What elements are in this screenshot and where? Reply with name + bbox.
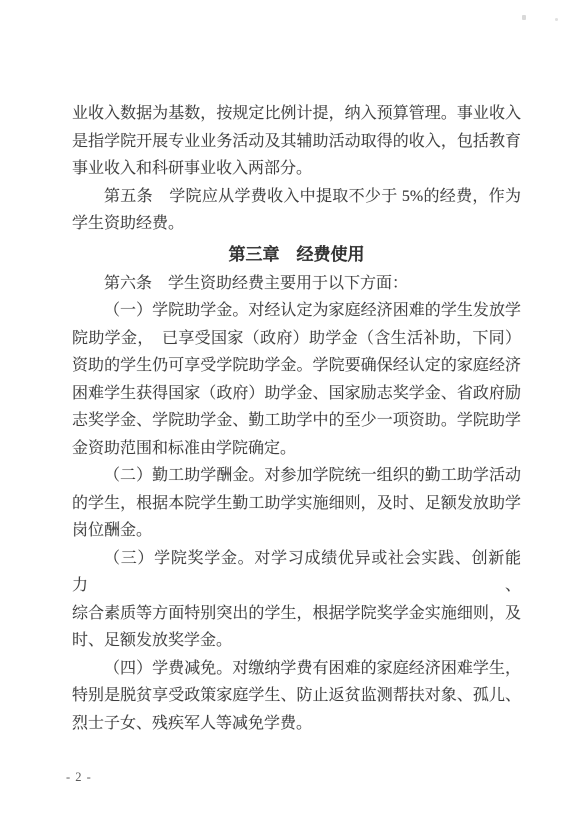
text-line: 是指学院开展专业业务活动及其辅助活动取得的收入，包括教育 [72,128,521,156]
text-line: 金资助范围和标准由学院确定。 [72,435,521,463]
text-line: （一）学院助学金。对经认定为家庭经济困难的学生发放学 [72,297,521,325]
text-line: 综合素质等方面特别突出的学生，根据学院奖学金实施细则，及 [72,600,521,628]
text-line: 院助学金， 已享受国家（政府）助学金（含生活补助，下同） [72,325,521,353]
text-line: 第五条 学院应从学费收入中提取不少于 5%的经费，作为 [72,183,521,211]
text-line: 志奖学金、学院助学金、勤工助学中的至少一项资助。学院助学 [72,407,521,435]
text-line: 困难学生获得国家（政府）助学金、国家励志奖学金、省政府励 [72,380,521,408]
text-line: 时、足额发放奖学金。 [72,627,521,655]
paragraph: （三）学院奖学金。对学习成绩优异或社会实践、创新能力、综合素质等方面特别突出的学… [72,545,521,655]
text-line: （四）学费减免。对缴纳学费有困难的家庭经济困难学生， [72,655,521,683]
paragraph: 第五条 学院应从学费收入中提取不少于 5%的经费，作为学生资助经费。 [72,183,521,238]
text-line: 业收入数据为基数，按规定比例计提，纳入预算管理。事业收入 [72,100,521,128]
paragraph: （四）学费减免。对缴纳学费有困难的家庭经济困难学生，特别是脱贫享受政策家庭学生、… [72,655,521,738]
paragraph: 第六条 学生资助经费主要用于以下方面： [72,270,521,298]
scan-speck-icon [555,18,558,21]
text-line: （二）勤工助学酬金。对参加学院统一组织的勤工助学活动 [72,462,521,490]
text-line: 岗位酬金。 [72,517,521,545]
page-number: - 2 - [66,770,92,785]
text-line: 特别是脱贫享受政策家庭学生、防止返贫监测帮扶对象、孤儿、 [72,682,521,710]
text-line: 资助的学生仍可享受学院助学金。学院要确保经认定的家庭经济 [72,352,521,380]
paragraph: 业收入数据为基数，按规定比例计提，纳入预算管理。事业收入是指学院开展专业业务活动… [72,100,521,183]
document-body: 业收入数据为基数，按规定比例计提，纳入预算管理。事业收入是指学院开展专业业务活动… [72,100,521,737]
text-line: 事业收入和科研事业收入两部分。 [72,155,521,183]
text-line: 第六条 学生资助经费主要用于以下方面： [72,270,521,298]
text-line: 的学生，根据本院学生勤工助学实施细则，及时、足额发放助学 [72,490,521,518]
scanned-document-page: 业收入数据为基数，按规定比例计提，纳入预算管理。事业收入是指学院开展专业业务活动… [0,0,584,824]
text-line: （三）学院奖学金。对学习成绩优异或社会实践、创新能力、 [72,545,521,600]
chapter-heading: 第三章 经费使用 [72,240,521,270]
text-line: 学生资助经费。 [72,210,521,238]
text-line: 烈士子女、残疾军人等减免学费。 [72,710,521,738]
paragraph: （二）勤工助学酬金。对参加学院统一组织的勤工助学活动的学生，根据本院学生勤工助学… [72,462,521,545]
scan-speck-icon [522,15,526,20]
paragraph: （一）学院助学金。对经认定为家庭经济困难的学生发放学院助学金， 已享受国家（政府… [72,297,521,462]
